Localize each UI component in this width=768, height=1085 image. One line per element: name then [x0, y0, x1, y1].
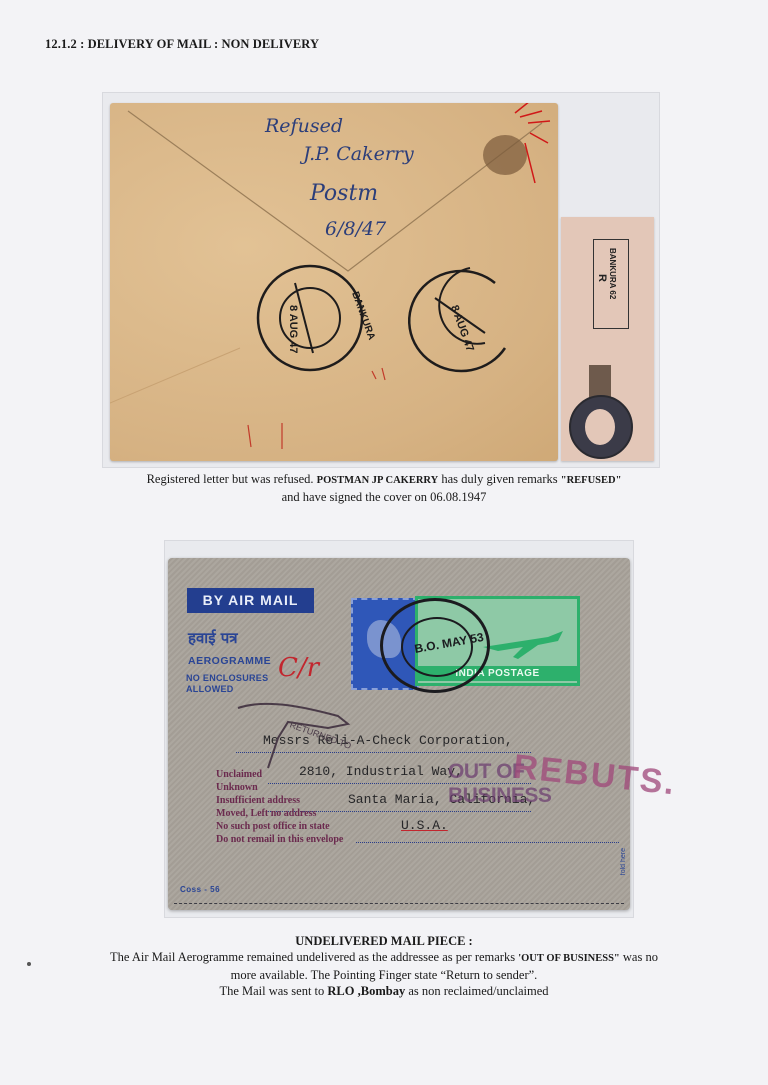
svg-text:8 AUG 47: 8 AUG 47: [448, 304, 476, 354]
svg-text:BANKURA: BANKURA: [349, 290, 377, 341]
exhibit2-caption-title: UNDELIVERED MAIL PIECE :: [295, 934, 472, 948]
remarks-list: Unclaimed Unknown Insufficient address M…: [216, 768, 343, 846]
by-air-mail-banner: BY AIR MAIL: [187, 588, 314, 613]
fold-here-label: fold here: [620, 848, 627, 875]
page-heading: 12.1.2 : DELIVERY OF MAIL : NON DELIVERY: [45, 37, 319, 52]
manuscript-date: 6/8/47: [325, 218, 386, 240]
manuscript-postman: Postm: [310, 181, 378, 206]
pointing-finger-icon: RETURNED TO: [228, 698, 368, 773]
exhibit1-caption: Registered letter but was refused. POSTM…: [80, 471, 688, 505]
registration-label: R BANKURA 62: [593, 239, 629, 329]
manuscript-postman-name: J.P. Cakerry: [303, 143, 414, 165]
hindi-title: हवाई पत्र: [188, 628, 238, 648]
address-rule: [356, 842, 619, 843]
svg-text:8 AUG 47: 8 AUG 47: [287, 305, 299, 354]
aerogramme-label: AEROGRAMME: [188, 655, 271, 667]
exhibit2-caption: UNDELIVERED MAIL PIECE : The Air Mail Ae…: [80, 933, 688, 999]
manuscript-mark: C/r: [278, 653, 319, 683]
manuscript-refused: Refused: [265, 115, 343, 137]
brown-stamp: [589, 365, 611, 399]
address-line-4: U.S.A.: [401, 818, 448, 833]
embossed-stamp: [569, 395, 633, 459]
postmark-bankura: [258, 266, 362, 370]
form-number: Coss - 56: [180, 885, 220, 894]
page-speck: [27, 962, 31, 966]
envelope-back: 8 AUG 47 BANKURA 8 AUG 47 Refused J.P. C…: [110, 103, 558, 461]
fold-dashed-line: [174, 903, 624, 904]
no-enclosures-notice: NO ENCLOSURES ALLOWED: [186, 673, 268, 695]
registration-label-strip: R BANKURA 62: [561, 217, 654, 461]
airplane-icon: [478, 619, 568, 664]
aerogramme: BY AIR MAIL हवाई पत्र AEROGRAMME NO ENCL…: [168, 558, 630, 910]
